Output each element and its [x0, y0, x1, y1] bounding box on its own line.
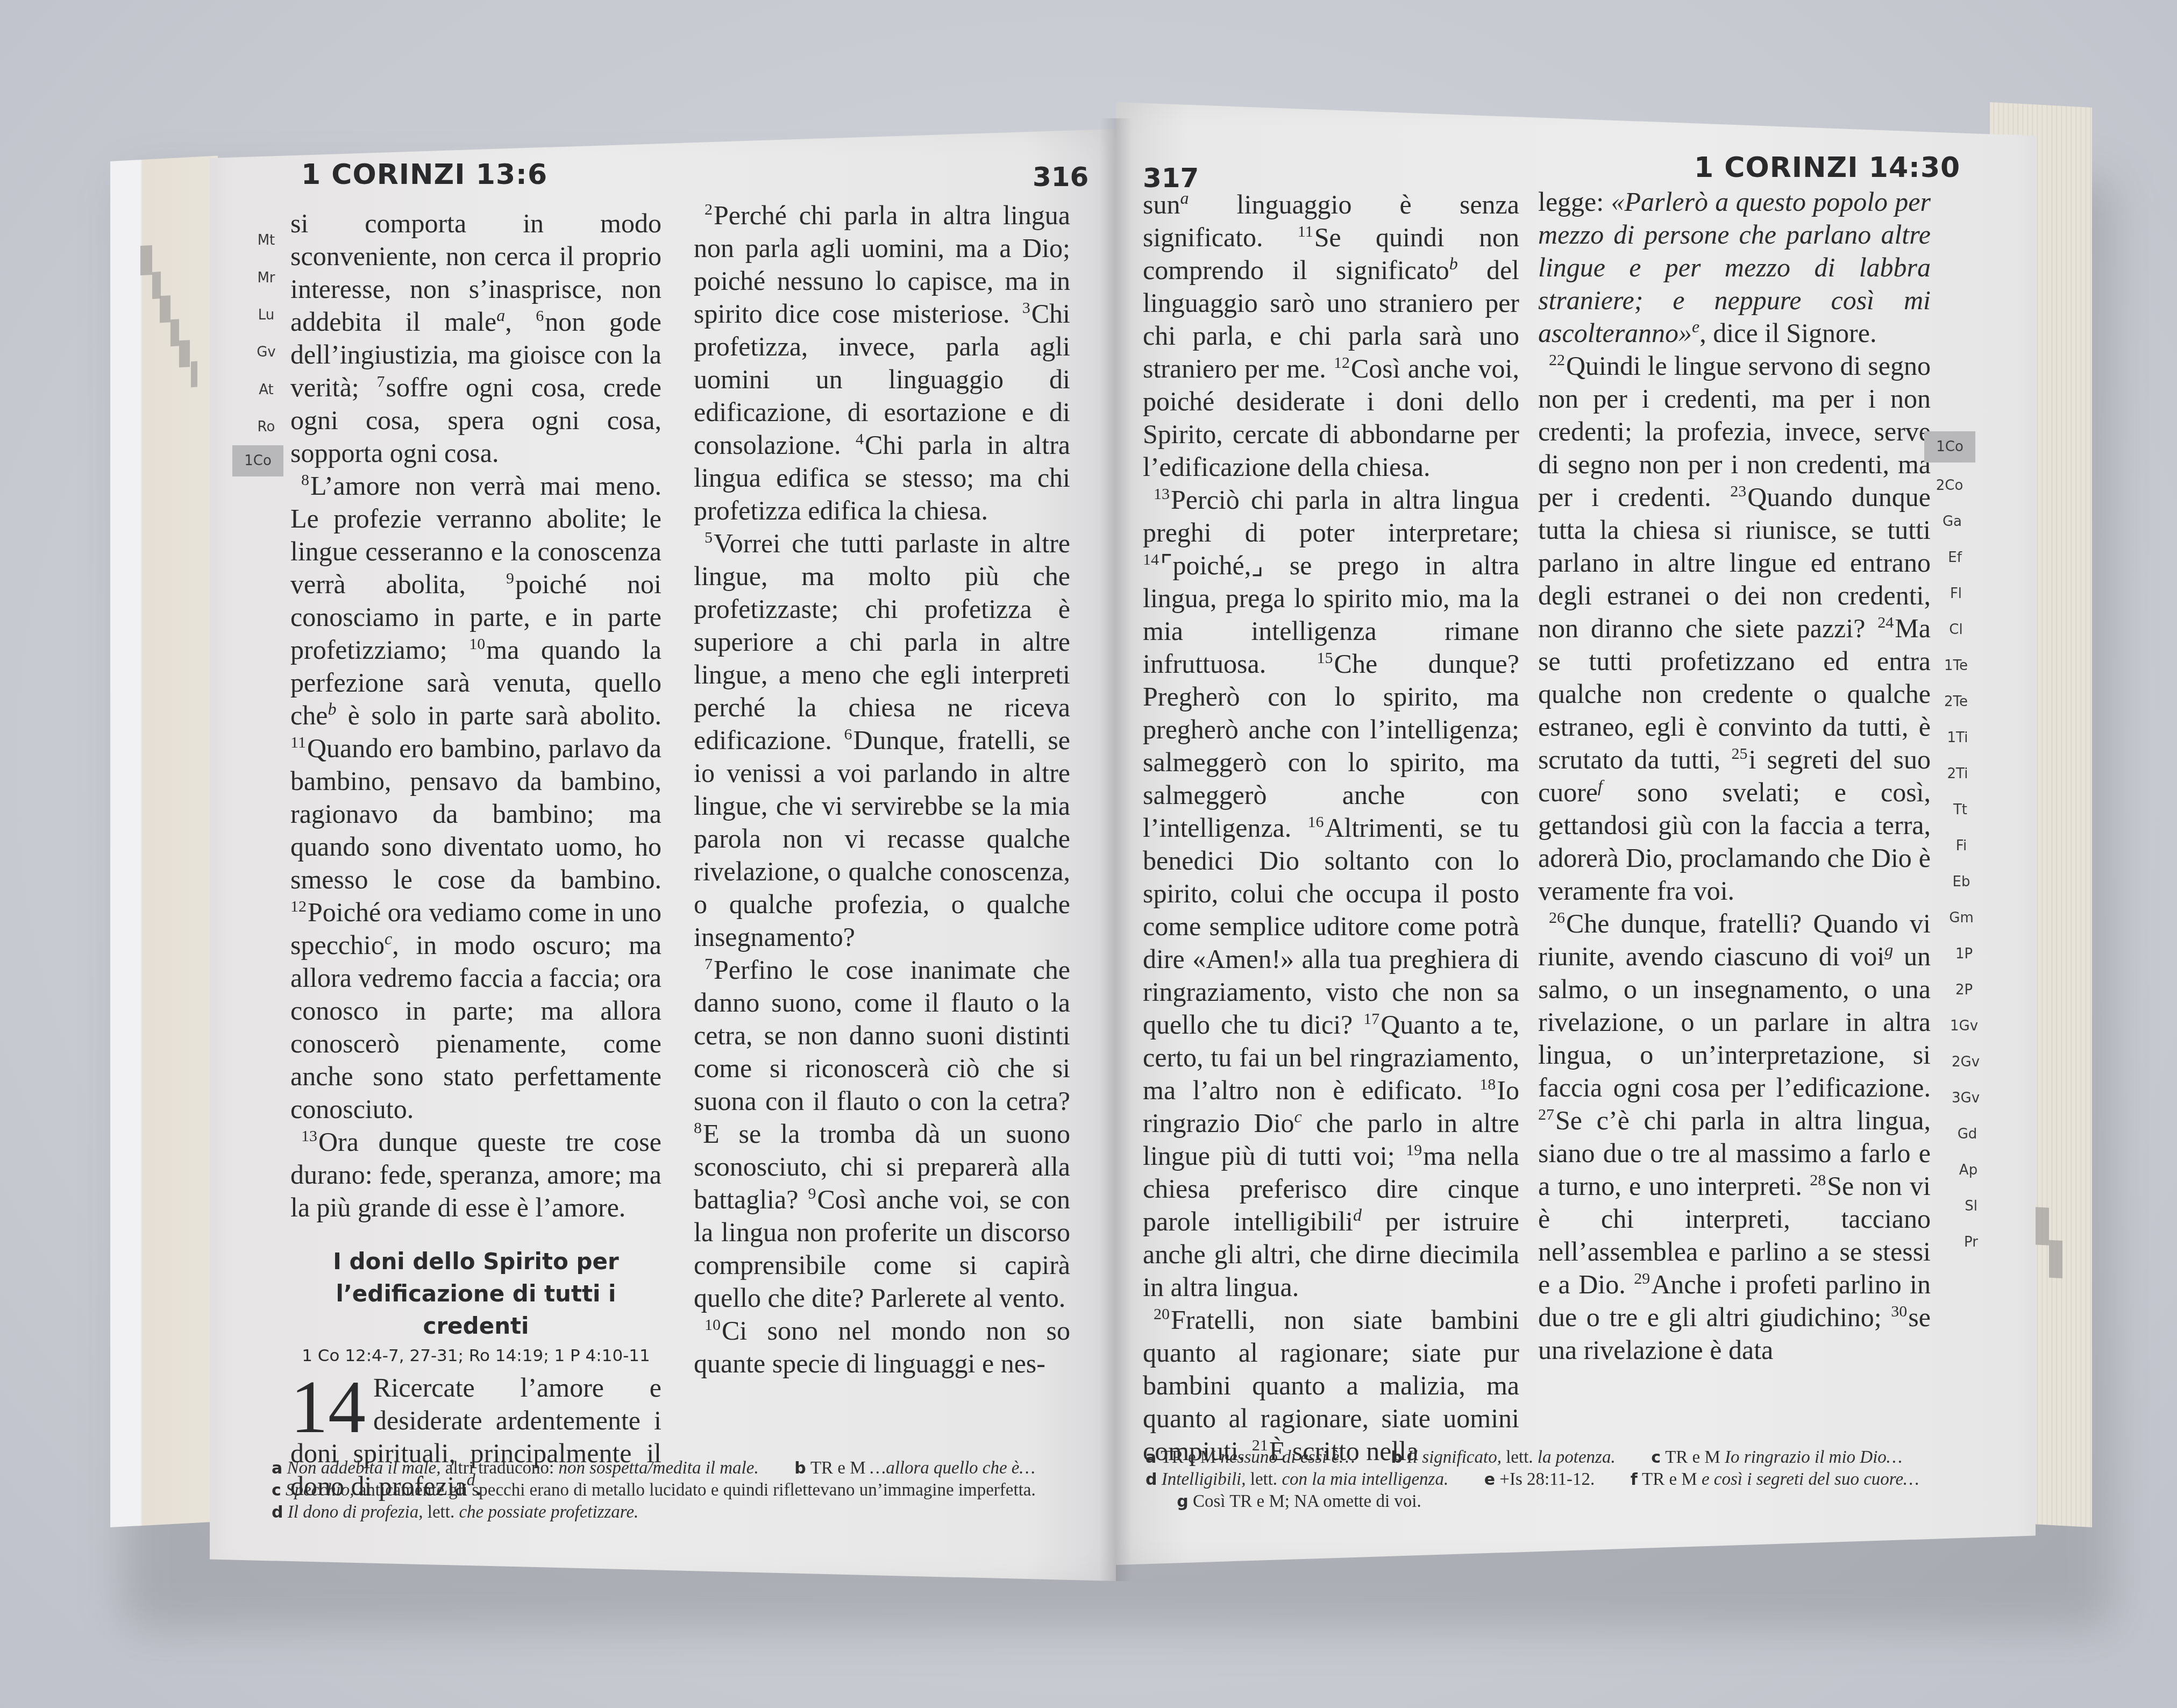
verse-number: 10: [469, 635, 485, 653]
verse-number: 12: [290, 898, 307, 915]
thumb-index-item-active[interactable]: 1Co: [1924, 431, 1975, 462]
thumb-index-item[interactable]: Sl: [1950, 1198, 1993, 1214]
footnote-text: TR e M: [1161, 1448, 1221, 1467]
footnote-label: g: [1177, 1492, 1188, 1511]
footnote-text: Il significato,: [1407, 1448, 1502, 1467]
thumb-index-item[interactable]: 2Te: [1934, 694, 1977, 710]
footnote-text: Così TR e M; NA omette di voi.: [1193, 1492, 1421, 1511]
footnote-ref[interactable]: b: [1449, 254, 1458, 273]
footnote-text: TR e M: [1642, 1470, 1702, 1489]
verse-number: 3: [1022, 299, 1030, 317]
edge-thumb-tab: [170, 319, 179, 346]
verse-number: 30: [1891, 1303, 1907, 1320]
thumb-index-item[interactable]: Lu: [245, 307, 288, 323]
verse-number: 17: [1363, 1010, 1379, 1028]
footnote-text: Intelligibili,: [1162, 1470, 1246, 1489]
footnote-ref[interactable]: c: [385, 929, 392, 948]
thumb-index-item[interactable]: Gd: [1946, 1126, 1989, 1142]
verse-number: 8: [301, 471, 309, 489]
verse-number: 29: [1634, 1270, 1650, 1287]
left-page-number: 316: [1033, 161, 1088, 193]
edge-thumb-tab: [191, 361, 197, 388]
footnote-label: b: [794, 1459, 806, 1478]
thumb-index-item[interactable]: 1P: [1943, 946, 1986, 962]
thumb-index-item[interactable]: Tt: [1939, 802, 1982, 818]
thumb-index-item[interactable]: 2Co: [1928, 478, 1971, 494]
footnote-text: la potenza.: [1538, 1448, 1616, 1467]
footnote-text: Non addebita il male,: [287, 1458, 441, 1478]
footnote-ref[interactable]: b: [328, 699, 336, 718]
edge-thumb-tab: [140, 245, 152, 275]
footnote-label: a: [272, 1459, 282, 1478]
footnote-text: altri traducono:: [440, 1458, 558, 1478]
verse-number: 12: [1334, 354, 1350, 372]
footnote-text: anticamente gli specchi erano di metallo…: [354, 1481, 1035, 1500]
verse-number: 24: [1877, 614, 1894, 631]
edge-thumb-tab: [160, 295, 170, 323]
edge-thumb-tab: [152, 272, 161, 299]
verse-number: 6: [536, 307, 544, 325]
verse-number: 25: [1731, 745, 1747, 763]
book-gutter: [1100, 118, 1132, 1581]
footnote-text: non sospetta/medita il male.: [559, 1458, 759, 1478]
verse-number: 7: [377, 373, 385, 390]
verse-number: 14: [1143, 551, 1159, 568]
thumb-index-item[interactable]: Ap: [1947, 1162, 1990, 1178]
edge-thumb-tab: [179, 340, 190, 367]
footnote-ref[interactable]: a: [496, 305, 505, 325]
section-heading-line: l’edificazione di tutti i credenti: [290, 1278, 661, 1342]
thumb-index-item[interactable]: At: [245, 382, 288, 398]
verse-number: 23: [1730, 482, 1746, 500]
footnote-text: che possiate profetizzare.: [459, 1503, 638, 1522]
footnote-label: a: [1146, 1448, 1156, 1467]
footnote-text: TR e M: [1665, 1448, 1725, 1467]
footnote-ref[interactable]: e: [1692, 317, 1699, 336]
verse-number: 22: [1549, 351, 1565, 369]
thumb-index-item[interactable]: Eb: [1940, 874, 1983, 890]
verse-number: 10: [705, 1316, 721, 1334]
verse-number: 13: [301, 1127, 317, 1145]
right-page-column-1: suna linguaggio è senza significato. 11S…: [1143, 188, 1519, 1468]
section-heading: I doni dello Spirito per l’edificazione …: [290, 1246, 661, 1342]
footnote-text: lett.: [423, 1503, 459, 1522]
thumb-index-item[interactable]: 2P: [1943, 982, 1986, 998]
thumb-index-item[interactable]: 2Gv: [1944, 1054, 1987, 1070]
thumb-index-item[interactable]: Fi: [1940, 838, 1983, 854]
verse-text: Dunque, fratelli, se io venissi a voi pa…: [694, 725, 1070, 952]
thumb-index-item[interactable]: Fl: [1934, 586, 1977, 602]
edge-thumb-tab: [2049, 1240, 2062, 1278]
thumb-index-item-active[interactable]: 1Co: [232, 445, 283, 476]
footnote-text: Specchio,: [286, 1481, 354, 1500]
footnote-text: Io ringrazio il mio Dio…: [1725, 1448, 1902, 1467]
thumb-index-item[interactable]: 3Gv: [1944, 1090, 1987, 1106]
left-page-column-1: si comporta in modo sconveniente, non ce…: [290, 207, 661, 1503]
verse-text: Quando ero bambino, parlavo da bambino, …: [290, 733, 661, 894]
footnote-label: c: [1651, 1448, 1661, 1467]
verse-number: 6: [844, 725, 852, 743]
footnote-ref[interactable]: f: [1598, 776, 1603, 795]
footnote-text: TR e M: [810, 1458, 870, 1478]
footnote-label: f: [1631, 1470, 1638, 1489]
verse-text: Ci sono nel mondo non so quante specie d…: [694, 1315, 1070, 1378]
footnote-text: con la mia intelligenza.: [1282, 1470, 1448, 1489]
footnote-ref[interactable]: g: [1884, 940, 1893, 959]
section-heading-line: I doni dello Spirito per: [290, 1246, 661, 1278]
verse-number: 8: [694, 1119, 702, 1137]
footnote-label: b: [1391, 1448, 1402, 1467]
verse-number: 28: [1810, 1171, 1826, 1189]
verse-text: è solo in parte sarà abolito.: [336, 700, 661, 730]
verse-number: 20: [1154, 1305, 1170, 1323]
thumb-index-item[interactable]: 1Te: [1934, 658, 1977, 674]
verse-text: , dice il Signore.: [1699, 318, 1876, 348]
right-page-column-2: legge: «Parlerò a questo popolo per mezz…: [1538, 186, 1931, 1367]
footnote-text: +Is 28:11-12.: [1499, 1470, 1595, 1489]
verse-text: legge:: [1538, 187, 1611, 217]
footnote-text: e così i segreti del suo cuore…: [1702, 1470, 1919, 1489]
thumb-index-item[interactable]: Mr: [245, 270, 288, 286]
verse-number: 27: [1538, 1106, 1554, 1123]
thumb-index-item[interactable]: Pr: [1950, 1234, 1993, 1250]
footnote-ref[interactable]: c: [1294, 1107, 1302, 1126]
verse-number: 19: [1406, 1141, 1422, 1159]
thumb-index-item[interactable]: 2Ti: [1936, 766, 1979, 782]
thumb-index-item[interactable]: 1Gv: [1943, 1018, 1986, 1034]
footnote-text: Il dono di profezia,: [288, 1503, 423, 1522]
thumb-index-item[interactable]: Gm: [1940, 910, 1983, 926]
verse-text: Altrimenti, se tu benedici Dio soltanto …: [1143, 813, 1519, 1040]
left-page-footnotes: a Non addebita il male, altri traducono:…: [272, 1457, 1078, 1524]
thumb-index-item[interactable]: Ro: [245, 419, 288, 435]
verse-number: 9: [808, 1185, 816, 1202]
footnote-label: e: [1484, 1470, 1495, 1489]
footnote-text: lett.: [1502, 1448, 1538, 1467]
verse-text: sun: [1143, 189, 1180, 219]
section-cross-references: 1 Co 12:4-7, 27-31; Ro 14:19; 1 P 4:10-1…: [290, 1342, 661, 1369]
right-running-head: 1 CORINZI 14:30: [1694, 152, 1960, 184]
left-page-stack-edge: [110, 156, 218, 1527]
footnote-label: d: [272, 1503, 283, 1522]
footnote-ref[interactable]: d: [1353, 1205, 1362, 1225]
footnote-text: lett.: [1246, 1470, 1282, 1489]
verse-number: 4: [856, 430, 864, 448]
thumb-index-item[interactable]: Ef: [1933, 550, 1976, 566]
chapter-number: 14: [290, 1378, 366, 1437]
footnote-label: c: [272, 1481, 281, 1500]
verse-number: 9: [506, 570, 514, 587]
verse-number: 16: [1307, 813, 1324, 831]
footnote-text: …allora quello che è…: [870, 1458, 1035, 1478]
footnote-ref[interactable]: a: [1180, 188, 1189, 208]
verse-number: 11: [1298, 223, 1313, 240]
verse-number: 15: [1317, 649, 1333, 667]
thumb-index-item[interactable]: Cl: [1934, 622, 1977, 638]
verse-number: 7: [705, 955, 713, 973]
verse-text: Perché chi parla in altra lingua non par…: [694, 200, 1070, 329]
left-page-column-2: 2Perché chi parla in altra lingua non pa…: [694, 199, 1070, 1380]
verse-text: Che dunque, fratelli? Quando vi riunite,…: [1538, 908, 1931, 971]
verse-text: Perciò chi parla in altra lingua preghi …: [1143, 485, 1519, 547]
left-running-head: 1 CORINZI 13:6: [301, 159, 547, 191]
verse-text: Vorrei che tutti parlaste in altre lingu…: [694, 528, 1070, 755]
thumb-index-item[interactable]: Ga: [1931, 514, 1974, 530]
verse-number: 11: [290, 734, 306, 751]
thumb-index-item[interactable]: 1Ti: [1936, 730, 1979, 746]
verse-number: 26: [1549, 909, 1565, 927]
verse-text: Perfino le cose inanimate che danno suon…: [694, 955, 1070, 1116]
verse-number: 13: [1154, 485, 1170, 503]
thumb-index-item[interactable]: Mt: [245, 232, 288, 248]
verse-number: 2: [705, 201, 713, 218]
footnote-label: d: [1146, 1470, 1157, 1489]
verse-text: Ora dunque queste tre cose durano: fede,…: [290, 1127, 661, 1222]
verse-number: 18: [1479, 1076, 1496, 1093]
footnote-text: nessuno di essi è…: [1220, 1448, 1355, 1467]
verse-number: 5: [705, 529, 713, 546]
thumb-index-item[interactable]: Gv: [245, 344, 288, 360]
right-page-footnotes: a TR e M nessuno di essi è… b Il signifi…: [1146, 1447, 1941, 1513]
